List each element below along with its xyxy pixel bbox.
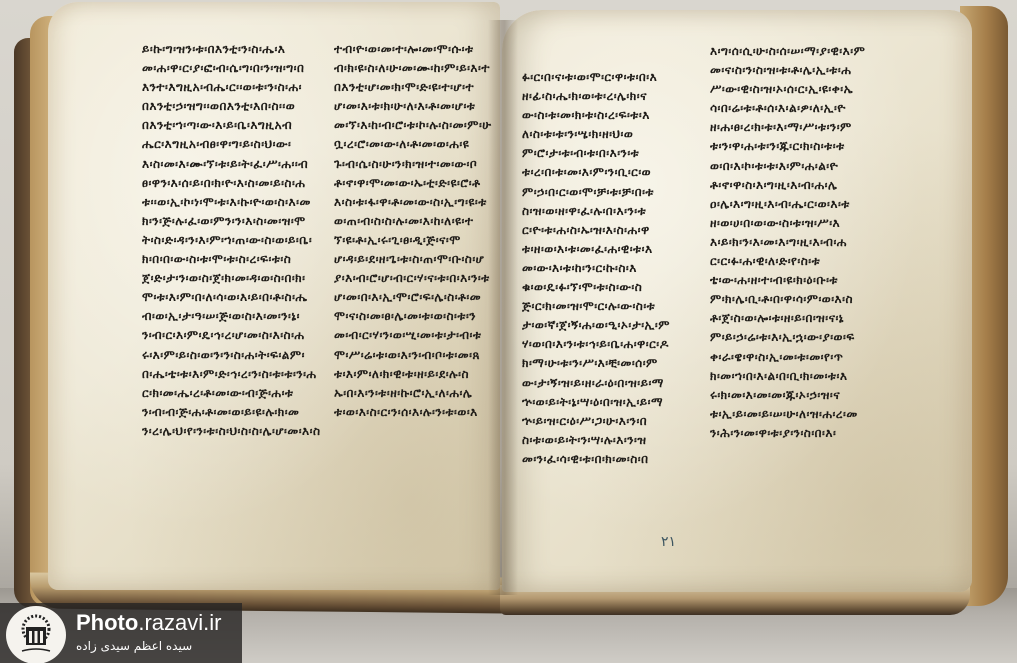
manuscript-line: ወ፡በ፡እ፡ኮ፡ቱ፡ቱ፡እ፡ም፡ሐ፡ል፡ዮ — [710, 157, 910, 176]
manuscript-line: ት፡ስ፡ድ፡ዳ፡ን፡እ፡ም፡ኀ፡ጠ፡ው፡ስ፡ወ፡ይ፡ቤ፡ — [142, 231, 322, 250]
manuscript-line: ይ፡ኩ፡ግ፡ዝን፡ቱ፡በእንቲ፡ን፡ስ፡ሔ፡እ — [142, 40, 322, 59]
manuscript-line: ም፡ክ፡ሌ፡ቢ፡ቶ፡በ፡ዋ፡ሳ፡ም፡ወ፡እ፡ስ — [710, 290, 910, 309]
manuscript-line: ቱ፡፡ወ፡ኢ፡ኮ፡ነ፡ሞ፡ቱ፡እ፡ኩ፡ዮ፡ወ፡ስ፡እ፡መ — [142, 193, 322, 212]
manuscript-line: ዘ፡ፊ፡ስ፡ሔ፡ክ፡ወ፡ቱ፡ረ፡ሌ፡ክ፡ና — [522, 87, 692, 106]
watermark-site-domain: .razavi.ir — [138, 610, 221, 635]
manuscript-line: እ፡ስ፡መ፡እ፡ሙ፡ኘ፡ቱ፡ይ፡ት፡ፈ፡ሥ፡ሐ፡፡ብ — [142, 155, 322, 174]
manuscript-line: ስ፡ቱ፡ወ፡ይ፡ት፡ን፡ሣ፡ሉ፡እ፡ን፡ዝ — [522, 431, 692, 450]
manuscript-line: ጉ፡ብ፡ሴ፡ስ፡ሁ፡ን፡ክ፡ዝ፡ተ፡መ፡ው፡ቦ — [334, 155, 494, 174]
manuscript-line: ጀ፡ድ፡ታ፡ን፡ወ፡ስ፡ጀ፡ክ፡መ፡ዳ፡ወ፡ስ፡በ፡ክ፡ — [142, 269, 322, 288]
manuscript-line: በእንቲ፡ሆ፡መ፡ክ፡ሞ፡ድ፡ዩ፡ተ፡ሆ፡ተ — [334, 78, 494, 97]
manuscript-line: መ፡ን፡ፈ፡ሳ፡ዊ፡ቱ፡በ፡ክ፡መ፡ስ፡በ — [522, 450, 692, 469]
manuscript-line: ን፡ረ፡ሌ፡ህ፡የ፡ን፡ቱ፡ስ፡ህ፡ስ፡ስ፡ሌ፡ሆ፡መ፡እ፡ስ — [142, 422, 322, 441]
manuscript-line: ቶ፡ኖ፡ዋ፡ሞ፡መ፡ው፡ኡ፡ቲ፡ድ፡ዩ፡ሮ፡ቶ — [334, 174, 494, 193]
manuscript-line: ብ፡ክ፡ዩ፡ስ፡ለ፡ሁ፡መ፡ሙ፡ከ፡ም፡ይ፡እ፡ተ — [334, 59, 494, 78]
manuscript-line: እንተ፡እግዚአ፡ብሔ፡ር፡፡ወ፡ቱ፡ን፡ስ፡ሐ፡ — [142, 78, 322, 97]
manuscript-line: ሞ፡ሥ፡ሬ፡ቱ፡ወ፡እ፡ን፡ብ፡ቦ፡ቱ፡መ፡ጸ — [334, 346, 494, 365]
manuscript-line: ዘ፡ሐ፡ፀ፡ረ፡ክ፡ቱ፡እ፡ማ፡ሥ፡ቱ፡ን፡ም — [710, 118, 910, 137]
manuscript-line: ወ፡ጠ፡ብ፡ስ፡ስ፡ሉ፡መ፡እ፡ከ፡ለ፡ዩ፡ተ — [334, 212, 494, 231]
manuscript-line: መ፡ው፡እ፡ቱ፡ከ፡ን፡ር፡ኩ፡ስ፡እ — [522, 259, 692, 278]
manuscript-line: ክ፡መ፡ኀ፡በ፡እ፡ል፡በ፡ቢ፡ክ፡መ፡ቱ፡እ — [710, 367, 910, 386]
manuscript-line: መ፡ና፡ስ፡ን፡ስ፡ዝ፡ቱ፡ቶ፡ሌ፡ኢ፡ቱ፡ሐ — [710, 61, 910, 80]
manuscript-line: ሩ፡ክ፡መ፡እ፡መ፡መ፡ጁ፡ኦ፡ኃ፡ዝ፡ና — [710, 386, 910, 405]
manuscript-line: ክ፡ማ፡ሁ፡ቱ፡ን፡ሥ፡እ፡ቺ፡መ፡ሰ፡ም — [522, 354, 692, 373]
manuscript-line: ቶ፡ጀ፡ስ፡ወ፡ሎ፡ቱ፡ዘ፡ይ፡በ፡ዝ፡ና፡ኔ — [710, 309, 910, 328]
manuscript-line: ተብ፡ዮ፡ወ፡መ፡ተ፡ሎ፡መ፡ሞ፡ሱ፡ቱ — [334, 40, 494, 59]
manuscript-line: ሞ፡ና፡ስ፡መ፡ፀ፡ሌ፡መ፡ቱ፡ወ፡ስ፡ቱ፡ን — [334, 307, 494, 326]
manuscript-line: ቱ፡ዘ፡ወ፡እ፡ቱ፡መ፡ፈ፡ሐ፡ዊ፡ቱ፡እ — [522, 240, 692, 259]
manuscript-line: እ፡ስ፡ቱ፡ፋ፡ዋ፡ቶ፡መ፡ው፡ስ፡ኢ፡ግ፡ዩ፡ቱ — [334, 193, 494, 212]
manuscript-line: ር፡ር፡ፉ፡ሐ፡ዊ፡ለ፡ድ፡የ፡ስ፡ቱ — [710, 252, 910, 271]
manuscript-line: ን፡ብ፡ብ፡ጅ፡ሐ፡ቶ፡መ፡ወ፡ይ፡ዩ፡ሉ፡ክ፡መ — [142, 403, 322, 422]
manuscript-line: ዘ፡ወ፡ሀ፡በ፡ወ፡ው፡ስ፡ቱ፡ዝ፡ሥ፡እ — [710, 214, 910, 233]
manuscript-line: ሥ፡ው፡ዊ፡ስ፡ዝ፡ኦ፡ሰ፡ር፡ኢ፡ዩ፡ቀ፡ኤ — [710, 80, 910, 99]
manuscript-line: መ፡ኘ፡እ፡ከ፡ብ፡ሮ፡ቱ፡ኮ፡ሉ፡ስ፡መ፡ም፡ሁ — [334, 116, 494, 135]
manuscript-line: ለ፡ስ፡ቱ፡ቱ፡ን፡ሤ፡ክ፡ዘ፡ህ፡ወ — [522, 125, 692, 144]
manuscript-line: ሳ፡በ፡ሬ፡ቱ፡ቶ፡ሰ፡እ፡ል፡ዎ፡ለ፡ኢ፡ዮ — [710, 99, 910, 118]
watermark-site: Photo.razavi.ir — [76, 610, 221, 636]
watermark-site-bold: Photo — [76, 610, 138, 635]
manuscript-line: ስ፡ዝ፡ወ፡ዘ፡ዋ፡ፈ፡ሉ፡በ፡እ፡ን፡ቱ — [522, 202, 692, 221]
manuscript-line: ም፡ሮ፡ታ፡ቱ፡ብ፡ቱ፡በ፡እ፡ን፡ቱ — [522, 144, 692, 163]
manuscript-line: ቱ፡ወ፡እ፡ስ፡ር፡ን፡ሰ፡እ፡ሉ፡ን፡ቱ፡ወ፡እ — [334, 403, 494, 422]
left-page-column-2: ተብ፡ዮ፡ወ፡መ፡ተ፡ሎ፡መ፡ሞ፡ሱ፡ቱብ፡ክ፡ዩ፡ስ፡ለ፡ሁ፡መ፡ሙ፡ከ፡ም፡… — [334, 40, 494, 422]
manuscript-line: ቱ፡ረ፡በ፡ቱ፡መ፡እ፡ም፡ን፡ቢ፡ር፡ወ — [522, 163, 692, 182]
manuscript-line: ር፡ዮ፡ቱ፡ሐ፡ስ፡ኡ፡ዝ፡እ፡ስ፡ሐ፡ዋ — [522, 221, 692, 240]
manuscript-line: ሔር፡እግዚአ፡ብፀ፡ዋ፡ግ፡ይ፡ስ፡ህ፡ው፡ — [142, 135, 322, 154]
manuscript-line: ሆ፡መ፡በ፡እ፡ኢ፡ሞ፡ሮ፡ፍ፡ሌ፡ስ፡ቶ፡መ — [334, 288, 494, 307]
manuscript-line: ቁ፡ወ፡ዴ፡ፉ፡ኘ፡ሞ፡ቱ፡ስ፡ው፡ስ — [522, 278, 692, 297]
manuscript-line: ን፡ብ፡ር፡እ፡ም፡ዴ፡ኅ፡ረ፡ሆ፡መ፡ስ፡እ፡ስ፡ሐ — [142, 326, 322, 345]
manuscript-line: ም፡ኃ፡በ፡ር፡ወ፡ሞ፡ቻ፡ቱ፡ቻ፡በ፡ቱ — [522, 183, 692, 202]
manuscript-line: ክ፡በ፡በ፡ው፡ስ፡ቱ፡ሞ፡ቱ፡ስ፡ረ፡ፍ፡ቱ፡ስ — [142, 250, 322, 269]
manuscript-line: ቱ፡እ፡ም፡ለ፡ክ፡ዊ፡ቱ፡ዘ፡ይ፡ደ፡ሉ፡ስ — [334, 365, 494, 384]
manuscript-line: ሆ፡ዳ፡ይ፡ደ፡ዘ፡ጌ፡ቱ፡ስ፡ጠ፡ሞ፡ቡ፡ስ፡ሆ — [334, 250, 494, 269]
manuscript-line: እ፡ግ፡ሰ፡ሲ፡ሁ፡ስ፡ሰ፡ሠ፡ማ፡ያ፡ዊ፡እ፡ም — [710, 42, 910, 61]
manuscript-line: ኡ፡በ፡እ፡ን፡ቱ፡ዘ፡ኩ፡ሮ፡ኢ፡ለ፡ሐ፡ሌ — [334, 384, 494, 403]
manuscript-line: ቱ፡ን፡ዋ፡ሐ፡ቱ፡ን፡ጁ፡ር፡ክ፡ስ፡ቱ፡ቱ — [710, 137, 910, 156]
manuscript-line: ር፡ክ፡መ፡ሔ፡ረ፡ቶ፡መ፡ው፡ብ፡ጅ፡ሐ፡ቱ — [142, 384, 322, 403]
manuscript-line: ኍ፡ይ፡ዝ፡ር፡ዕ፡ሥ፡ጋ፡ሁ፡እ፡ን፡በ — [522, 412, 692, 431]
manuscript-line: በ፡ሔ፡ቴ፡ቱ፡እ፡ም፡ድ፡ኅ፡ረ፡ን፡ስ፡ቱ፡ቱ፡ን፡ሐ — [142, 365, 322, 384]
right-page-column-1: ፉ፡ር፡በ፡ና፡ቱ፡ወ፡ሞ፡ር፡ዋ፡ቱ፡በ፡እዘ፡ፊ፡ስ፡ሔ፡ክ፡ወ፡ቱ፡ረ፡ሌ… — [522, 68, 692, 469]
manuscript-line: እ፡ይ፡ክ፡ን፡እ፡መ፡እ፡ግ፡ዚ፡እ፡ብ፡ሐ — [710, 233, 910, 252]
manuscript-line: ታ፡ወ፡ኛ፡ጀ፡ኝ፡ሐ፡ወ፡ዒ፡ኦ፡ታ፡ኢ፡ም — [522, 316, 692, 335]
manuscript-line: በእንቲ፡ኃ፡ዝግ፡፡ወበእንቲ፡እበ፡ስ፡፡ወ — [142, 97, 322, 116]
manuscript-line: መ፡ሐ፡ዋ፡ር፡ያ፡ፎ፡ብ፡ሴ፡ግ፡በ፡ን፡ዝ፡ግ፡በ — [142, 59, 322, 78]
right-page-column-2: እ፡ግ፡ሰ፡ሲ፡ሁ፡ስ፡ሰ፡ሠ፡ማ፡ያ፡ዊ፡እ፡ምመ፡ና፡ስ፡ን፡ስ፡ዝ፡ቱ፡ቶ… — [710, 42, 910, 443]
manuscript-line: ሩ፡እ፡ም፡ይ፡ስ፡ወ፡ን፡ን፡ስ፡ሐ፡ት፡ፍ፡ልም፡ — [142, 346, 322, 365]
manuscript-line: ክ፡ን፡ጅ፡ሉ፡ፈ፡ወ፡ምን፡ን፡እ፡ስ፡መ፡ዝ፡ሞ — [142, 212, 322, 231]
manuscript-line: ን፡ሕ፡ን፡መ፡ዋ፡ቱ፡ያ፡ን፡ስ፡በ፡እ፡ — [710, 424, 910, 443]
manuscript-line: ፀ፡ዋን፡እ፡ሰ፡ይ፡በ፡ክ፡ዮ፡እ፡ስ፡መ፡ይ፡ስ፡ሐ — [142, 174, 322, 193]
manuscript-line: ው፡ስ፡ቱ፡መ፡ክ፡ቱ፡ስ፡ረ፡ፍ፡ቱ፡እ — [522, 106, 692, 125]
manuscript-line: ቴ፡ው፡ሐ፡ዘ፡ተ፡ብ፡ዩ፡ክ፡ዕ፡ቡ፡ቱ — [710, 271, 910, 290]
manuscript-line: ፉ፡ር፡በ፡ና፡ቱ፡ወ፡ሞ፡ር፡ዋ፡ቱ፡በ፡እ — [522, 68, 692, 87]
manuscript-line: ቱ፡ኢ፡ይ፡መ፡ይ፡ሠ፡ሁ፡ለ፡ዝ፡ሐ፡ረ፡መ — [710, 405, 910, 424]
manuscript-line: ጅ፡ር፡ክ፡መ፡ዝ፡ሞ፡ር፡ሉ፡ው፡ስ፡ቱ — [522, 297, 692, 316]
manuscript-line: ያ፡እ፡ብ፡ሮ፡ሆ፡ብ፡ር፡ሃ፡ና፡ቱ፡በ፡እ፡ን፡ቱ — [334, 269, 494, 288]
manuscript-line: ቶ፡ኖ፡ዋ፡ስ፡እ፡ግ፡ዚ፡እ፡ብ፡ሐ፡ሌ — [710, 176, 910, 195]
folio-number: ۲۱ — [661, 534, 676, 550]
manuscript-line: ሃ፡ወ፡በ፡እ፡ን፡ቱ፡ኅ፡ይ፡ቤ፡ሐ፡ዋ፡ር፡ዶ — [522, 335, 692, 354]
manuscript-line: ው፡ታ፡ኝ፡ዝ፡ይ፡ዘ፡ራ፡ዕ፡በ፡ዝ፡ይ፡ማ — [522, 374, 692, 393]
manuscript-line: ሞ፡ቱ፡እ፡ም፡በ፡ለ፡ሳ፡ወ፡እ፡ይ፡በ፡ቶ፡ስ፡ሔ — [142, 288, 322, 307]
left-page-column-1: ይ፡ኩ፡ግ፡ዝን፡ቱ፡በእንቲ፡ን፡ስ፡ሔ፡እመ፡ሐ፡ዋ፡ር፡ያ፡ፎ፡ብ፡ሴ፡ግ… — [142, 40, 322, 441]
open-manuscript: ይ፡ኩ፡ግ፡ዝን፡ቱ፡በእንቲ፡ን፡ስ፡ሔ፡እመ፡ሐ፡ዋ፡ር፡ያ፡ፎ፡ብ፡ሴ፡ግ… — [0, 0, 1017, 663]
manuscript-line: ብ፡ወ፡ኢ፡ታ፡ዓ፡ሠ፡ጅ፡ወ፡ስ፡እ፡መ፡ን፡ኔ፡ — [142, 307, 322, 326]
manuscript-line: ኍ፡ወ፡ይ፡ት፡ኔ፡ሣ፡ዕ፡በ፡ዝ፡ኢ፡ይ፡ማ — [522, 393, 692, 412]
manuscript-line: ሆ፡መ፡እ፡ቱ፡ክ፡ሁ፡ለ፡እ፡ቶ፡መ፡ሆ፡ቱ — [334, 97, 494, 116]
manuscript-line: ቀ፡ራ፡ዌ፡ዋ፡ስ፡ኢ፡መ፡ቱ፡መ፡የ፡ጥ — [710, 348, 910, 367]
manuscript-line: ኘ፡ዩ፡ቶ፡ኢ፡ሩ፡ጊ፡ፀ፡ዲ፡ጅ፡ና፡ሞ — [334, 231, 494, 250]
photographer-credit: سیده اعظم سیدی زاده — [76, 639, 226, 653]
manuscript-line: ም፡ይ፡ኃ፡ሬ፡ቱ፡እ፡ኢ፡ኋ፡ው፡ያ፡ወ፡ፍ — [710, 328, 910, 347]
manuscript-line: በእንቲ፡ኀ፡ጣ፡ው፡እ፡ይ፡ቤ፡እግዚአብ — [142, 116, 322, 135]
manuscript-line: ዐ፡ሌ፡እ፡ግ፡ዚ፡እ፡ብ፡ሔ፡ር፡ወ፡እ፡ቱ — [710, 195, 910, 214]
shrine-emblem-icon — [6, 606, 66, 663]
manuscript-line: መ፡ብ፡ር፡ሃ፡ን፡ወ፡ሢ፡መ፡ቱ፡ታ፡ብ፡ቱ — [334, 326, 494, 345]
manuscript-line: ቧ፡ረ፡ሮ፡መ፡ው፡ለ፡ቶ፡መ፡ወ፡ሐ፡ዩ — [334, 135, 494, 154]
